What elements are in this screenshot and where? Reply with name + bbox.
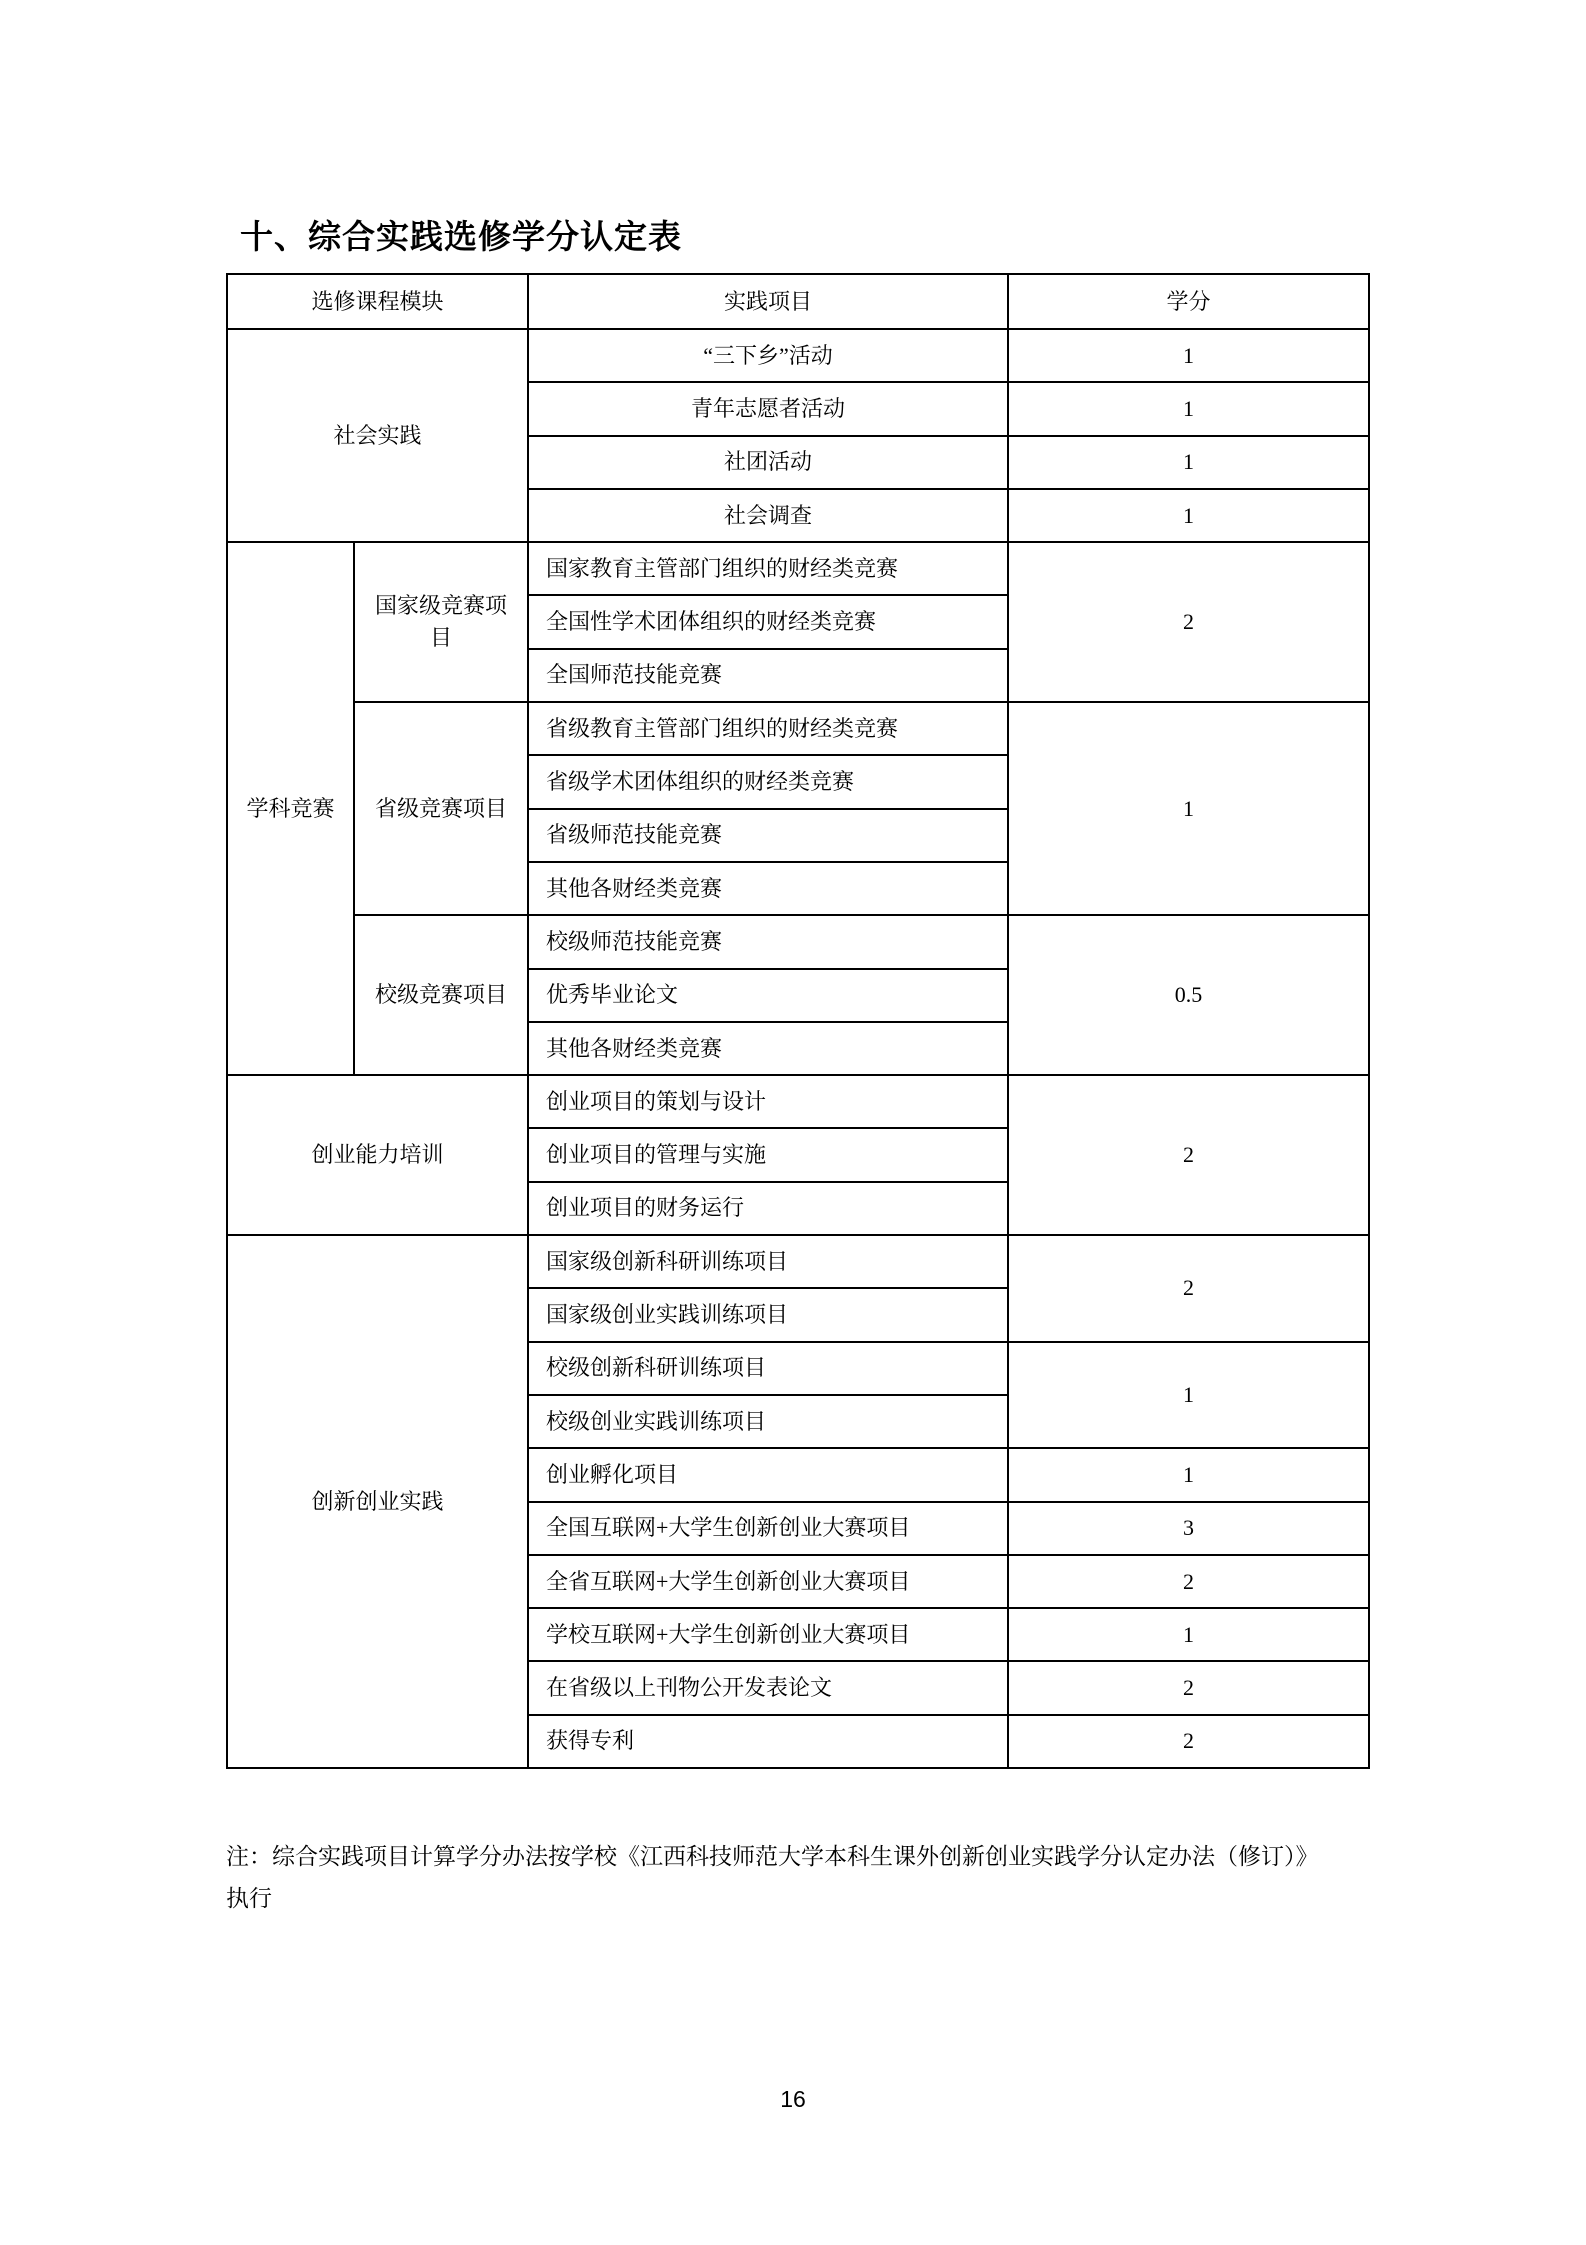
page-title: 十、综合实践选修学分认定表	[240, 211, 682, 258]
credit-cell: 1	[1008, 329, 1369, 382]
module-cell: 创新创业实践	[227, 1235, 528, 1768]
module-cell: 创业能力培训	[227, 1075, 528, 1235]
project-cell: 在省级以上刊物公开发表论文	[528, 1661, 1008, 1714]
module-cell: 社会实践	[227, 329, 528, 542]
project-cell: 优秀毕业论文	[528, 969, 1008, 1022]
credit-cell: 0.5	[1008, 915, 1369, 1075]
footnote-line-2: 执行	[226, 1886, 272, 1911]
table-row: 校级竞赛项目校级师范技能竞赛0.5	[227, 915, 1369, 968]
project-cell: 全国性学术团体组织的财经类竞赛	[528, 595, 1008, 648]
category-cell: 国家级竞赛项目	[354, 542, 528, 702]
project-cell: 省级教育主管部门组织的财经类竞赛	[528, 702, 1008, 755]
project-cell: 校级创业实践训练项目	[528, 1395, 1008, 1448]
category-cell: 校级竞赛项目	[354, 915, 528, 1075]
project-cell: 国家级创业实践训练项目	[528, 1288, 1008, 1341]
project-cell: 校级师范技能竞赛	[528, 915, 1008, 968]
project-cell: 其他各财经类竞赛	[528, 1022, 1008, 1075]
credit-table: 选修课程模块 实践项目 学分 社会实践“三下乡”活动1青年志愿者活动1社团活动1…	[226, 273, 1370, 1769]
project-cell: 省级师范技能竞赛	[528, 809, 1008, 862]
table-row: 省级竞赛项目省级教育主管部门组织的财经类竞赛1	[227, 702, 1369, 755]
project-cell: 学校互联网+大学生创新创业大赛项目	[528, 1608, 1008, 1661]
credit-cell: 1	[1008, 436, 1369, 489]
project-cell: 全国互联网+大学生创新创业大赛项目	[528, 1502, 1008, 1555]
credit-cell: 1	[1008, 702, 1369, 915]
project-cell: 国家级创新科研训练项目	[528, 1235, 1008, 1288]
project-cell: 全省互联网+大学生创新创业大赛项目	[528, 1555, 1008, 1608]
project-cell: 创业项目的策划与设计	[528, 1075, 1008, 1128]
credit-cell: 2	[1008, 1555, 1369, 1608]
credit-cell: 2	[1008, 1235, 1369, 1342]
project-cell: 校级创新科研训练项目	[528, 1342, 1008, 1395]
credit-cell: 3	[1008, 1502, 1369, 1555]
footnote-line-1: 注：综合实践项目计算学分办法按学校《江西科技师范大学本科生课外创新创业实践学分认…	[226, 1844, 1319, 1869]
credit-table-body: 社会实践“三下乡”活动1青年志愿者活动1社团活动1社会调查1学科竞赛国家级竞赛项…	[227, 329, 1369, 1768]
column-header-credit: 学分	[1008, 274, 1369, 329]
header-row: 选修课程模块 实践项目 学分	[227, 274, 1369, 329]
project-cell: 创业项目的财务运行	[528, 1182, 1008, 1235]
project-cell: 创业孵化项目	[528, 1448, 1008, 1501]
project-cell: 国家教育主管部门组织的财经类竞赛	[528, 542, 1008, 595]
project-cell: “三下乡”活动	[528, 329, 1008, 382]
project-cell: 创业项目的管理与实施	[528, 1128, 1008, 1181]
project-cell: 获得专利	[528, 1715, 1008, 1768]
project-cell: 青年志愿者活动	[528, 382, 1008, 435]
page-number: 16	[0, 2086, 1586, 2113]
table-row: 创新创业实践国家级创新科研训练项目2	[227, 1235, 1369, 1288]
document-page: 十、综合实践选修学分认定表 选修课程模块 实践项目 学分 社会实践“三下乡”活动…	[0, 0, 1586, 2245]
column-header-project: 实践项目	[528, 274, 1008, 329]
module-cell: 学科竞赛	[227, 542, 354, 1075]
credit-cell: 2	[1008, 1075, 1369, 1235]
credit-cell: 1	[1008, 489, 1369, 542]
table-row: 学科竞赛国家级竞赛项目国家教育主管部门组织的财经类竞赛2	[227, 542, 1369, 595]
project-cell: 社团活动	[528, 436, 1008, 489]
table-row: 社会实践“三下乡”活动1	[227, 329, 1369, 382]
column-header-module: 选修课程模块	[227, 274, 528, 329]
credit-cell: 1	[1008, 382, 1369, 435]
credit-cell: 2	[1008, 542, 1369, 702]
credit-cell: 1	[1008, 1608, 1369, 1661]
credit-cell: 2	[1008, 1661, 1369, 1714]
footnote: 注：综合实践项目计算学分办法按学校《江西科技师范大学本科生课外创新创业实践学分认…	[226, 1836, 1406, 1920]
credit-cell: 1	[1008, 1448, 1369, 1501]
project-cell: 其他各财经类竞赛	[528, 862, 1008, 915]
project-cell: 社会调查	[528, 489, 1008, 542]
category-cell: 省级竞赛项目	[354, 702, 528, 915]
credit-cell: 2	[1008, 1715, 1369, 1768]
project-cell: 全国师范技能竞赛	[528, 649, 1008, 702]
credit-cell: 1	[1008, 1342, 1369, 1449]
table-row: 创业能力培训创业项目的策划与设计2	[227, 1075, 1369, 1128]
project-cell: 省级学术团体组织的财经类竞赛	[528, 755, 1008, 808]
